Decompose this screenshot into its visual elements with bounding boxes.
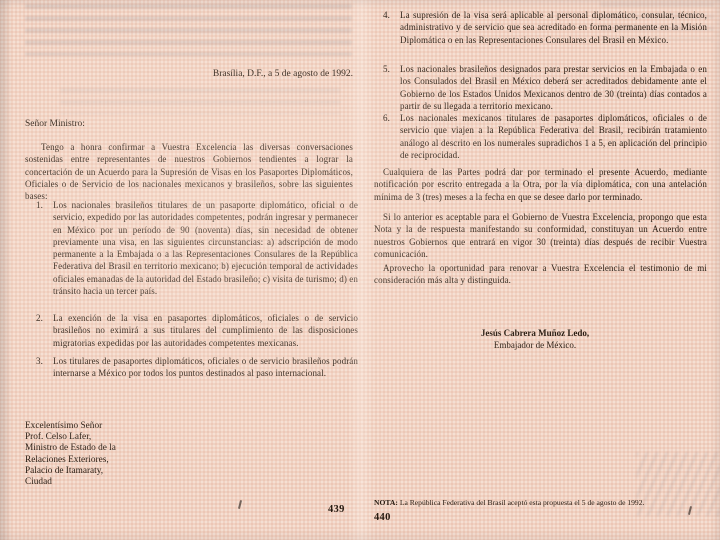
ink-mark-left-page <box>238 500 242 509</box>
list-text-4: La supresión de la visa será aplicable a… <box>400 10 707 45</box>
page-number-439: 439 <box>328 504 345 515</box>
list-number-3: 3. <box>36 355 43 367</box>
list-text-3: Los titulares de pasaportes diplomáticos… <box>53 356 358 378</box>
list-text-5: Los nacionales brasileños designados par… <box>400 64 707 111</box>
list-number-5: 5. <box>383 63 390 75</box>
address-block: Excelentísimo Señor Prof. Celso Lafer, M… <box>25 421 225 488</box>
book-scan-spread: Brasília, D.F., a 5 de agosto de 1992. S… <box>0 0 720 540</box>
signature-name: Jesús Cabrera Muñoz Ledo, <box>440 327 630 339</box>
list-number-2: 2. <box>36 312 43 324</box>
address-line-2: Prof. Celso Lafer, <box>25 432 225 443</box>
footnote: NOTA: La República Federativa del Brasil… <box>374 498 704 507</box>
address-line-5: Palacio de Itamaraty, <box>25 466 225 477</box>
intro-paragraph: Tengo a honra confirmar a Vuestra Excele… <box>25 141 353 202</box>
list-text-6: Los nacionales mexicanos titulares de pa… <box>400 113 707 160</box>
list-item-1: 1. Los nacionales brasileños titulares d… <box>36 199 358 297</box>
footnote-label: NOTA: <box>374 498 398 507</box>
signature-title: Embajador de México. <box>440 339 630 351</box>
list-text-2: La exención de la visa en pasaportes dip… <box>53 313 358 348</box>
paragraph-termination: Cualquiera de las Partes podrá dar por t… <box>374 166 707 203</box>
bleed-through-text-top-left <box>25 4 352 56</box>
list-text-1: Los nacionales brasileños titulares de u… <box>53 200 358 296</box>
ink-mark-right-page <box>688 506 692 515</box>
list-item-4: 4. La supresión de la visa será aplicabl… <box>383 9 707 46</box>
date-line: Brasília, D.F., a 5 de agosto de 1992. <box>25 69 353 79</box>
list-number-1: 1. <box>36 199 43 211</box>
list-number-6: 6. <box>383 112 390 124</box>
list-item-6: 6. Los nacionales mexicanos titulares de… <box>383 112 707 161</box>
list-number-4: 4. <box>383 9 390 21</box>
salutation: Señor Ministro: <box>25 119 85 129</box>
address-line-1: Excelentísimo Señor <box>25 421 225 432</box>
list-item-5: 5. Los nacionales brasileños designados … <box>383 63 707 112</box>
page-number-440: 440 <box>374 512 391 523</box>
address-line-4: Relaciones Exteriores, <box>25 455 225 466</box>
list-item-2: 2. La exención de la visa en pasaportes … <box>36 312 358 349</box>
address-line-6: Ciudad <box>25 477 225 488</box>
footnote-text: La República Federativa del Brasil acept… <box>400 498 645 507</box>
signature-block: Jesús Cabrera Muñoz Ledo, Embajador de M… <box>440 327 630 351</box>
paragraph-acceptance: Si lo anterior es aceptable para el Gobi… <box>374 211 707 260</box>
list-item-3: 3. Los titulares de pasaportes diplomáti… <box>36 355 358 380</box>
address-line-3: Ministro de Estado de la <box>25 443 225 454</box>
paragraph-closing: Aprovecho la oportunidad para renovar a … <box>374 262 707 287</box>
bleed-through-text-left <box>60 88 340 114</box>
